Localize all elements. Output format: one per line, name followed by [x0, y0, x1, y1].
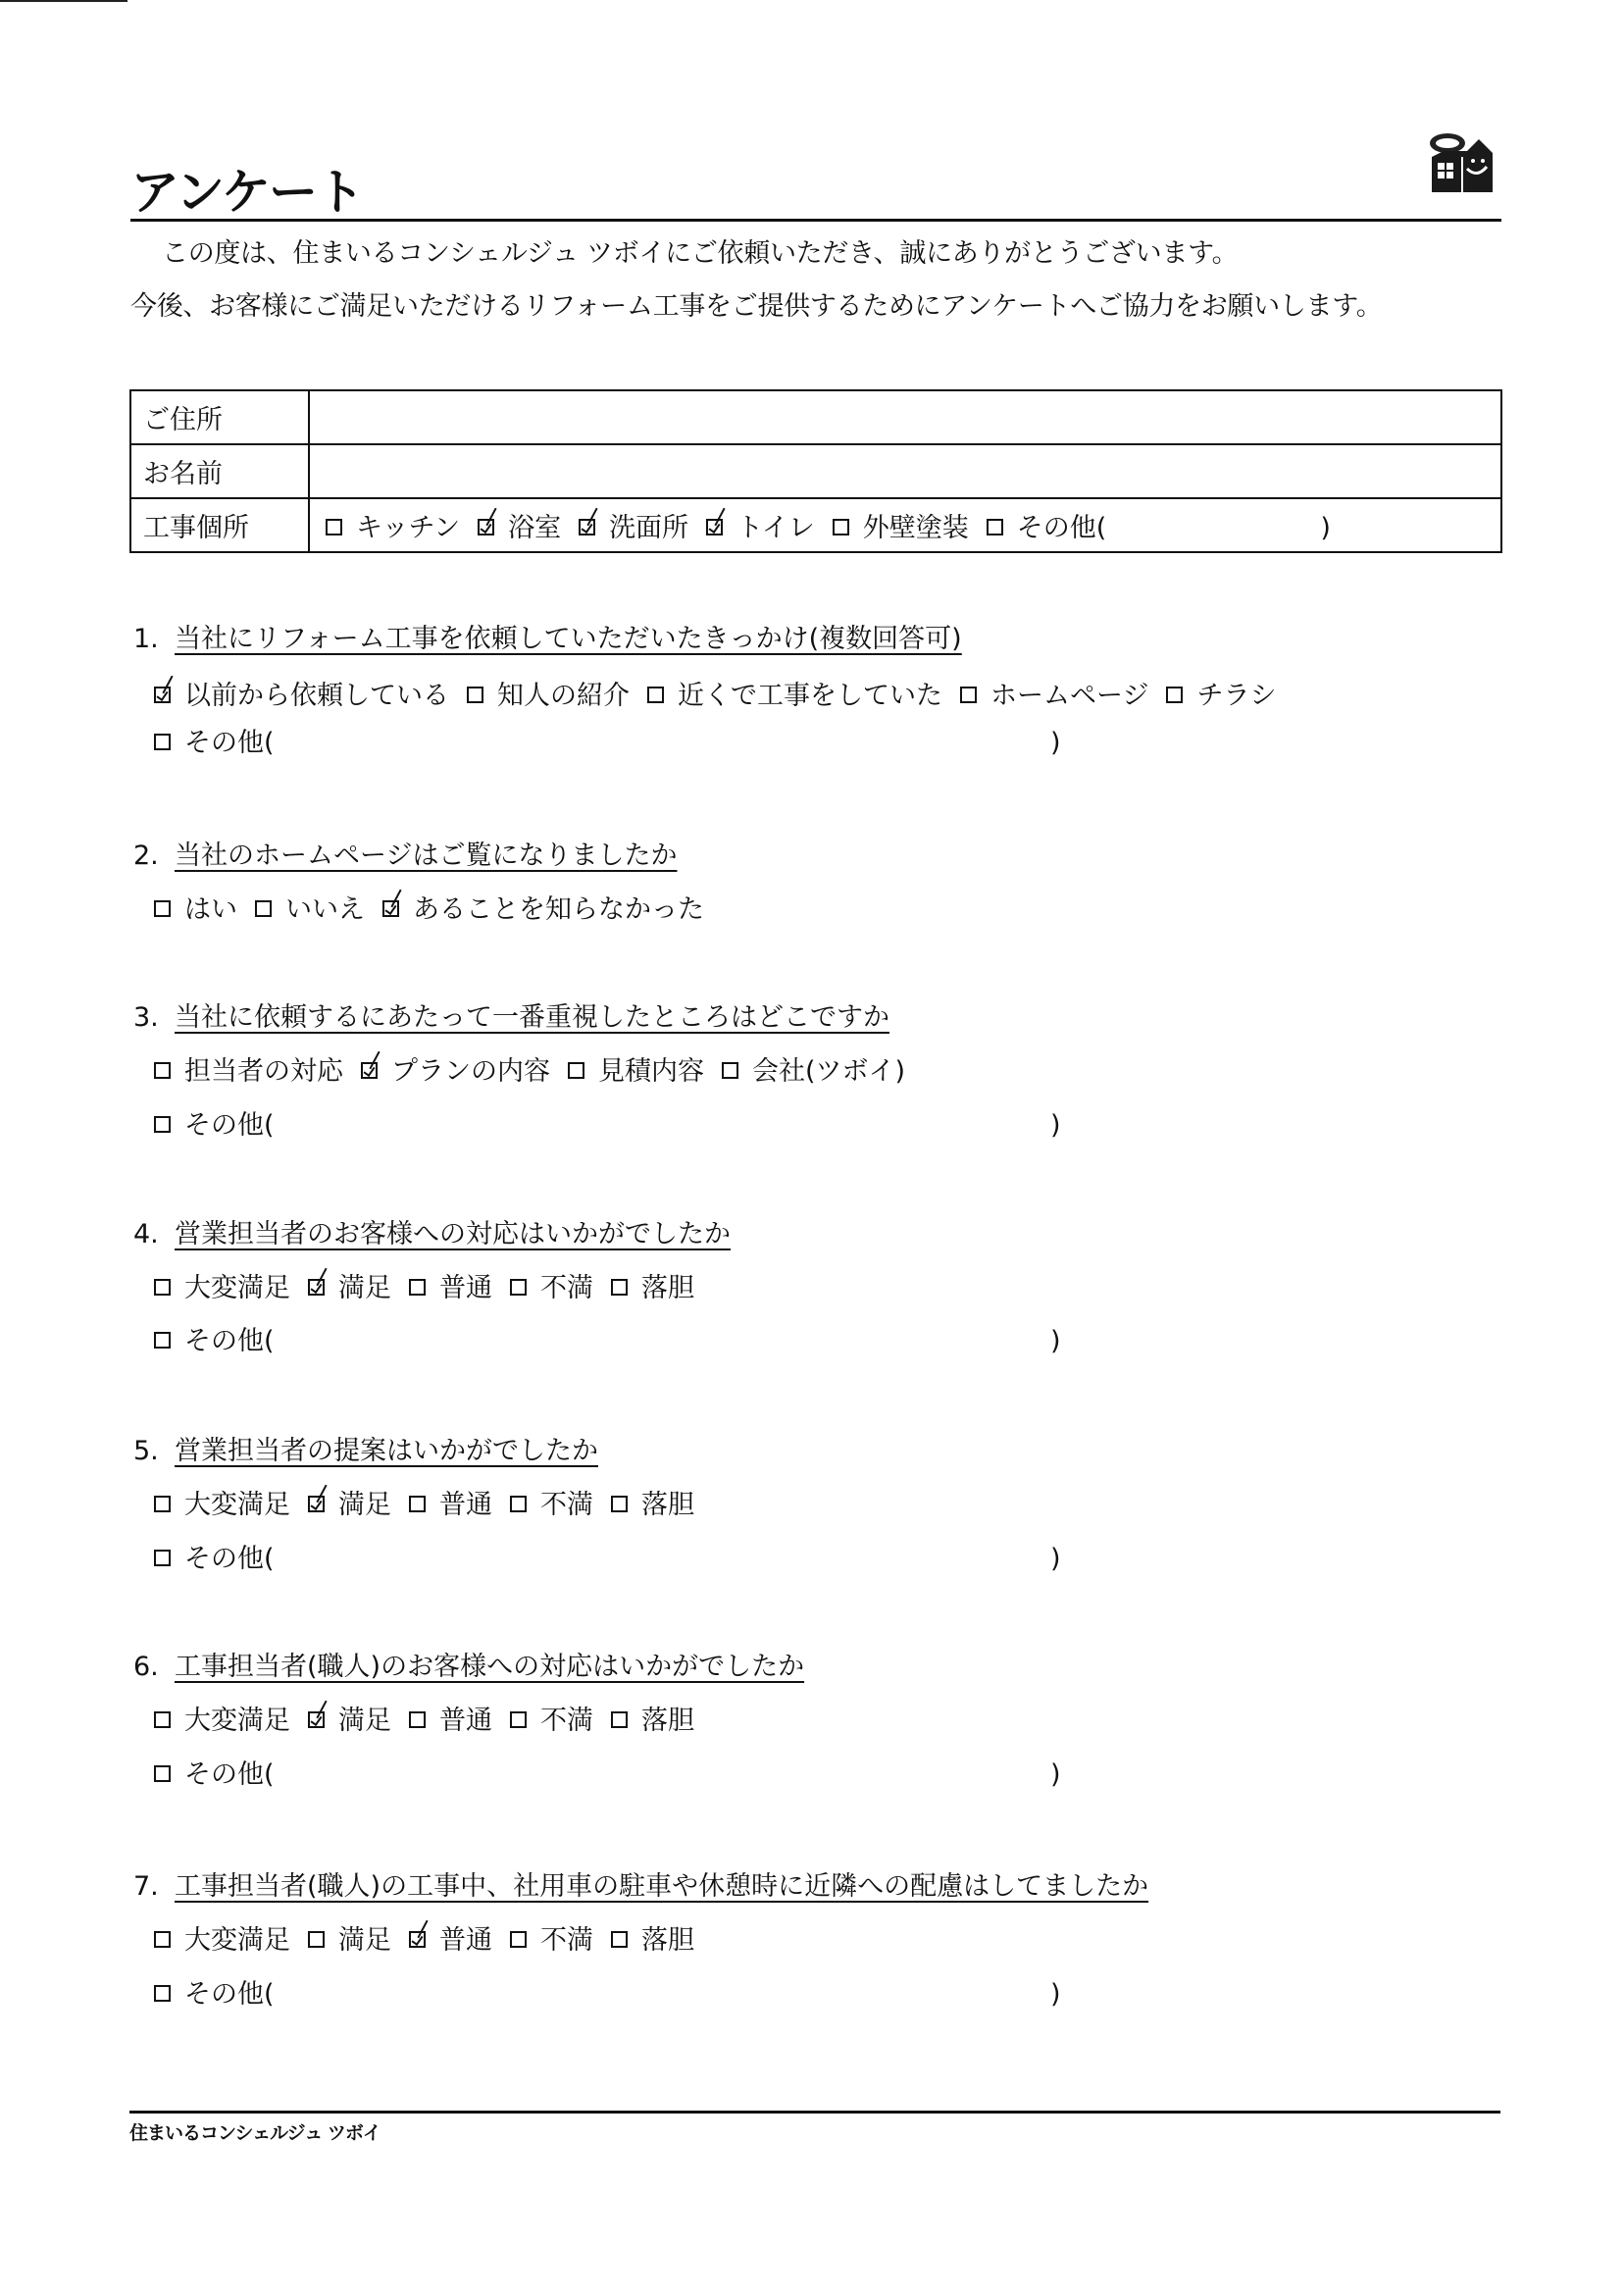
location-row: 工事個所 キッチン浴室洗面所トイレ外壁塗装その他(): [130, 498, 1501, 552]
page-title: アンケート: [130, 165, 363, 220]
q5-option-3[interactable]: 普通: [409, 1490, 492, 1521]
address-row: ご住所: [130, 390, 1501, 444]
location-label: 工事個所: [130, 498, 309, 552]
checkbox-unchecked-icon[interactable]: [255, 900, 272, 917]
q6-option-4[interactable]: 不満: [510, 1706, 593, 1737]
name-row: お名前: [130, 444, 1501, 498]
question-4-title: 4.営業担当者のお客様への対応はいかがでしたか: [133, 1219, 731, 1250]
checkbox-unchecked-icon[interactable]: [154, 900, 171, 917]
address-field[interactable]: [309, 390, 1501, 444]
q6-other-row: その他( ): [154, 1759, 1066, 1791]
checkbox-checked-icon[interactable]: [706, 519, 723, 535]
q6-option-5[interactable]: 落胆: [611, 1706, 694, 1737]
q7-other-close: ): [1050, 1979, 1061, 2011]
checkbox-unchecked-icon[interactable]: [510, 1711, 527, 1728]
checkbox-unchecked-icon[interactable]: [467, 687, 483, 703]
checkbox-checked-icon[interactable]: [308, 1711, 325, 1728]
checkbox-unchecked-icon[interactable]: [154, 1279, 171, 1296]
checkbox-unchecked-icon[interactable]: [409, 1279, 426, 1296]
checkbox-unchecked-icon[interactable]: [611, 1496, 628, 1512]
q6-option-2[interactable]: 満足: [308, 1706, 391, 1737]
q5-option-2[interactable]: 満足: [308, 1490, 391, 1521]
question-3-options: 担当者の対応プランの内容見積内容会社(ツボイ): [154, 1056, 923, 1088]
checkbox-unchecked-icon[interactable]: [409, 1496, 426, 1512]
q5-other-row: その他( ): [154, 1544, 1066, 1575]
checkbox-unchecked-icon[interactable]: [154, 1116, 171, 1133]
checkbox-unchecked-icon[interactable]: [326, 519, 342, 535]
q5-option-5[interactable]: 落胆: [611, 1490, 694, 1521]
q3-option-2[interactable]: プランの内容: [361, 1056, 550, 1088]
checkbox-unchecked-icon[interactable]: [154, 1765, 171, 1782]
footer-company-name: 住まいるコンシェルジュ ツボイ: [129, 2118, 381, 2145]
q3-option-3[interactable]: 見積内容: [568, 1056, 704, 1088]
checkbox-unchecked-icon[interactable]: [154, 1985, 171, 2002]
customer-info-table: ご住所 お名前 工事個所 キッチン浴室洗面所トイレ外壁塗装その他(): [129, 389, 1502, 553]
checkbox-unchecked-icon[interactable]: [611, 1279, 628, 1296]
q5-option-1[interactable]: 大変満足: [154, 1490, 290, 1521]
q3-option-1[interactable]: 担当者の対応: [154, 1056, 343, 1088]
q1-option-1[interactable]: 以前から依頼している: [154, 681, 449, 712]
q6-option-other[interactable]: その他(: [154, 1759, 275, 1791]
checkbox-unchecked-icon[interactable]: [154, 1332, 171, 1349]
q1-option-3[interactable]: 近くで工事をしていた: [647, 681, 942, 712]
q4-option-1[interactable]: 大変満足: [154, 1273, 290, 1304]
checkbox-unchecked-icon[interactable]: [611, 1711, 628, 1728]
q4-option-5[interactable]: 落胆: [611, 1273, 694, 1304]
checkbox-checked-icon[interactable]: [478, 519, 494, 535]
checkbox-unchecked-icon[interactable]: [987, 519, 1003, 535]
question-3-title: 3.当社に依頼するにあたって一番重視したところはどこですか: [133, 1002, 889, 1034]
scan-artifact-line: [0, 0, 127, 2]
checkbox-checked-icon[interactable]: [579, 519, 595, 535]
q2-option-3[interactable]: あることを知らなかった: [382, 894, 704, 926]
name-field[interactable]: [309, 444, 1501, 498]
q4-other-close: ): [1050, 1326, 1061, 1357]
q1-other-row: その他( ): [154, 728, 1066, 759]
question-6-title: 6.工事担当者(職人)のお客様への対応はいかがでしたか: [133, 1652, 804, 1683]
checkbox-unchecked-icon[interactable]: [154, 734, 171, 750]
location-option-bathroom[interactable]: 浴室: [478, 506, 561, 544]
house-logo-icon: [1424, 131, 1498, 198]
q4-option-4[interactable]: 不満: [510, 1273, 593, 1304]
checkbox-unchecked-icon[interactable]: [154, 1062, 171, 1079]
q5-option-4[interactable]: 不満: [510, 1490, 593, 1521]
question-7-title: 7.工事担当者(職人)の工事中、社用車の駐車や休憩時に近隣への配慮はしてましたか: [133, 1871, 1148, 1903]
q7-option-1[interactable]: 大変満足: [154, 1925, 290, 1957]
q6-other-close: ): [1050, 1759, 1061, 1791]
q2-option-2[interactable]: いいえ: [255, 894, 365, 926]
location-other-close: ): [1320, 513, 1331, 543]
checkbox-unchecked-icon[interactable]: [409, 1711, 426, 1728]
question-6-options: 大変満足満足普通不満落胆: [154, 1706, 712, 1737]
checkbox-unchecked-icon[interactable]: [308, 1931, 325, 1948]
checkbox-unchecked-icon[interactable]: [722, 1062, 738, 1079]
checkbox-checked-icon[interactable]: [382, 900, 399, 917]
checkbox-unchecked-icon[interactable]: [568, 1062, 584, 1079]
q3-option-4[interactable]: 会社(ツボイ): [722, 1056, 905, 1088]
q1-option-5[interactable]: チラシ: [1166, 681, 1276, 712]
q1-option-4[interactable]: ホームページ: [960, 681, 1148, 712]
location-option-kitchen[interactable]: キッチン: [326, 506, 460, 544]
title-divider: [130, 219, 1501, 222]
q7-other-row: その他( ): [154, 1979, 1066, 2011]
checkbox-unchecked-icon[interactable]: [1166, 687, 1183, 703]
q4-option-2[interactable]: 満足: [308, 1273, 391, 1304]
checkbox-unchecked-icon[interactable]: [611, 1931, 628, 1948]
q5-option-other[interactable]: その他(: [154, 1544, 275, 1575]
q3-other-close: ): [1050, 1110, 1061, 1142]
question-2-title: 2.当社のホームページはご覧になりましたか: [133, 841, 677, 872]
q1-option-2[interactable]: 知人の紹介: [467, 681, 630, 712]
checkbox-checked-icon[interactable]: [308, 1496, 325, 1512]
checkbox-unchecked-icon[interactable]: [510, 1931, 527, 1948]
checkbox-unchecked-icon[interactable]: [647, 687, 664, 703]
checkbox-unchecked-icon[interactable]: [510, 1496, 527, 1512]
q6-option-3[interactable]: 普通: [409, 1706, 492, 1737]
footer-divider: [129, 2111, 1500, 2114]
question-5-options: 大変満足満足普通不満落胆: [154, 1490, 712, 1521]
checkbox-unchecked-icon[interactable]: [154, 1496, 171, 1512]
checkbox-unchecked-icon[interactable]: [510, 1279, 527, 1296]
checkbox-unchecked-icon[interactable]: [154, 1550, 171, 1566]
checkbox-unchecked-icon[interactable]: [960, 687, 977, 703]
location-option-washroom[interactable]: 洗面所: [579, 506, 688, 544]
question-1-title: 1.当社にリフォーム工事を依頼していただいたきっかけ(複数回答可): [133, 624, 962, 655]
address-label: ご住所: [130, 390, 309, 444]
q7-option-2[interactable]: 満足: [308, 1925, 391, 1957]
checkbox-checked-icon[interactable]: [409, 1931, 426, 1948]
question-2-options: はいいいえあることを知らなかった: [154, 894, 722, 926]
checkbox-checked-icon[interactable]: [154, 687, 171, 703]
question-5-title: 5.営業担当者の提案はいかがでしたか: [133, 1436, 598, 1467]
checkbox-checked-icon[interactable]: [361, 1062, 378, 1079]
checkbox-checked-icon[interactable]: [308, 1279, 325, 1296]
q5-other-close: ): [1050, 1544, 1061, 1575]
name-label: お名前: [130, 444, 309, 498]
checkbox-unchecked-icon[interactable]: [154, 1711, 171, 1728]
q4-option-other[interactable]: その他(: [154, 1326, 275, 1357]
intro-line-1: この度は、住まいるコンシェルジュ ツボイにご依頼いただき、誠にありがとうございま…: [162, 237, 1238, 271]
location-options: キッチン浴室洗面所トイレ外壁塗装その他(): [309, 498, 1501, 552]
intro-line-2: 今後、お客様にご満足いただけるリフォーム工事をご提供するためにアンケートへご協力…: [130, 290, 1382, 324]
q1-other-close: ): [1050, 728, 1061, 759]
q4-option-3[interactable]: 普通: [409, 1273, 492, 1304]
q3-other-row: その他( ): [154, 1110, 1066, 1142]
q7-option-3[interactable]: 普通: [409, 1925, 492, 1957]
q3-option-other[interactable]: その他(: [154, 1110, 275, 1142]
location-option-toilet[interactable]: トイレ: [706, 506, 815, 544]
q6-option-1[interactable]: 大変満足: [154, 1706, 290, 1737]
location-option-other[interactable]: その他(: [987, 506, 1107, 544]
location-option-exterior-paint[interactable]: 外壁塗装: [833, 506, 969, 544]
question-1-options: 以前から依頼している知人の紹介近くで工事をしていたホームページチラシ: [154, 681, 1294, 712]
checkbox-unchecked-icon[interactable]: [833, 519, 849, 535]
question-4-options: 大変満足満足普通不満落胆: [154, 1273, 712, 1304]
q2-option-1[interactable]: はい: [154, 894, 237, 926]
q7-option-4[interactable]: 不満: [510, 1925, 593, 1957]
checkbox-unchecked-icon[interactable]: [154, 1931, 171, 1948]
q7-option-5[interactable]: 落胆: [611, 1925, 694, 1957]
question-7-options: 大変満足満足普通不満落胆: [154, 1925, 712, 1957]
q4-other-row: その他( ): [154, 1326, 1066, 1357]
q1-option-other[interactable]: その他(: [154, 728, 275, 759]
q7-option-other[interactable]: その他(: [154, 1979, 275, 2011]
